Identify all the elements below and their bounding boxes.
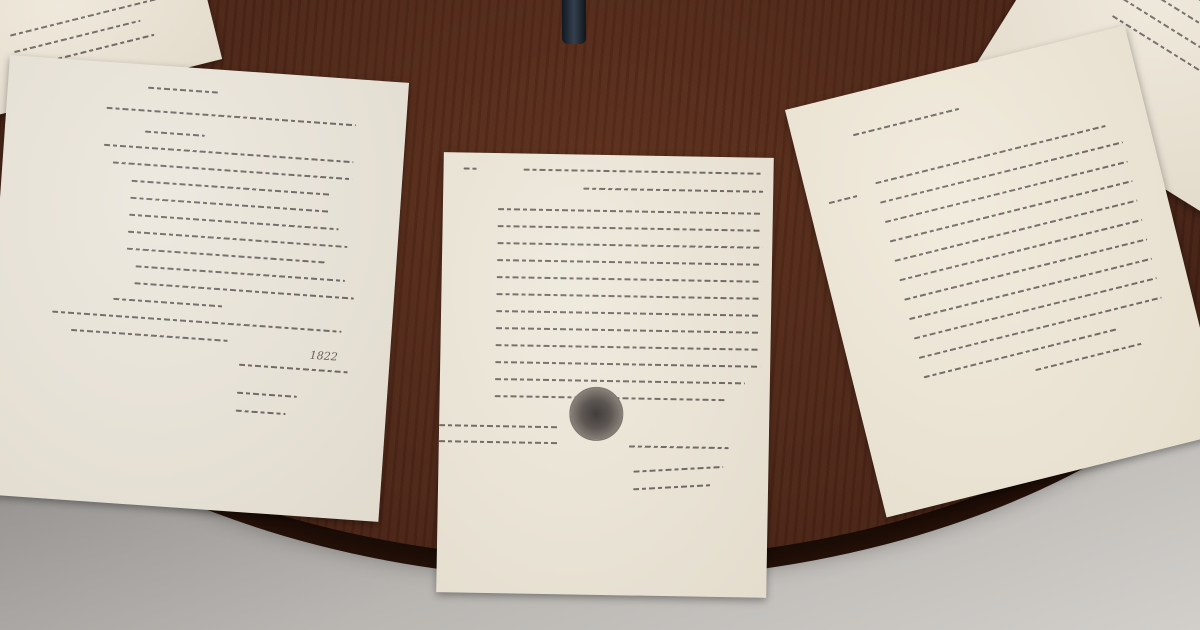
pen-icon [562,0,586,44]
wax-seal [569,386,624,441]
document-left-date: 1822 [309,349,338,364]
document-center: 1822 [436,152,774,598]
document-left: 1822 [0,55,409,522]
